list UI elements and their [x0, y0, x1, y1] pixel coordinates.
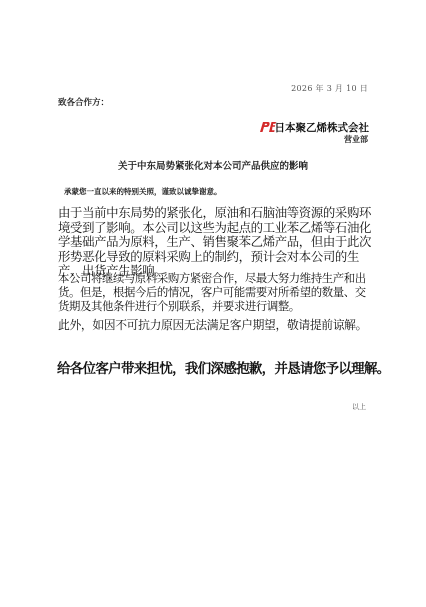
closing-statement: 给各位客户带来担忧，我们深感抱歉，并恳请您予以理解。 — [57, 358, 426, 377]
salutation: 承蒙您一直以来的特别关照，谨致以诚挚谢意。 — [64, 186, 222, 197]
department-name: 营业部 — [344, 134, 368, 145]
letter-title: 关于中东局势紧张化对本公司产品供应的影响 — [0, 158, 426, 172]
body-paragraph-2: 本公司将继续与原料采购方紧密合作，尽最大努力维持生产和出货。但是，根据今后的情况… — [58, 271, 374, 313]
body-paragraph-1: 由于当前中东局势的紧张化，原油和石脑油等资源的采购环境受到了影响。本公司以这些为… — [58, 206, 374, 279]
pe-logo-icon — [258, 122, 276, 132]
recipient-greeting: 致各合作方： — [58, 96, 109, 108]
body-paragraph-3: 此外，如因不可抗力原因无法满足客户期望，敬请提前谅解。 — [58, 318, 374, 333]
end-mark: 以上 — [352, 402, 366, 412]
company-name: 日本聚乙烯株式会社 — [275, 120, 370, 135]
letter-date: 2026 年 3 月 10 日 — [291, 83, 368, 94]
